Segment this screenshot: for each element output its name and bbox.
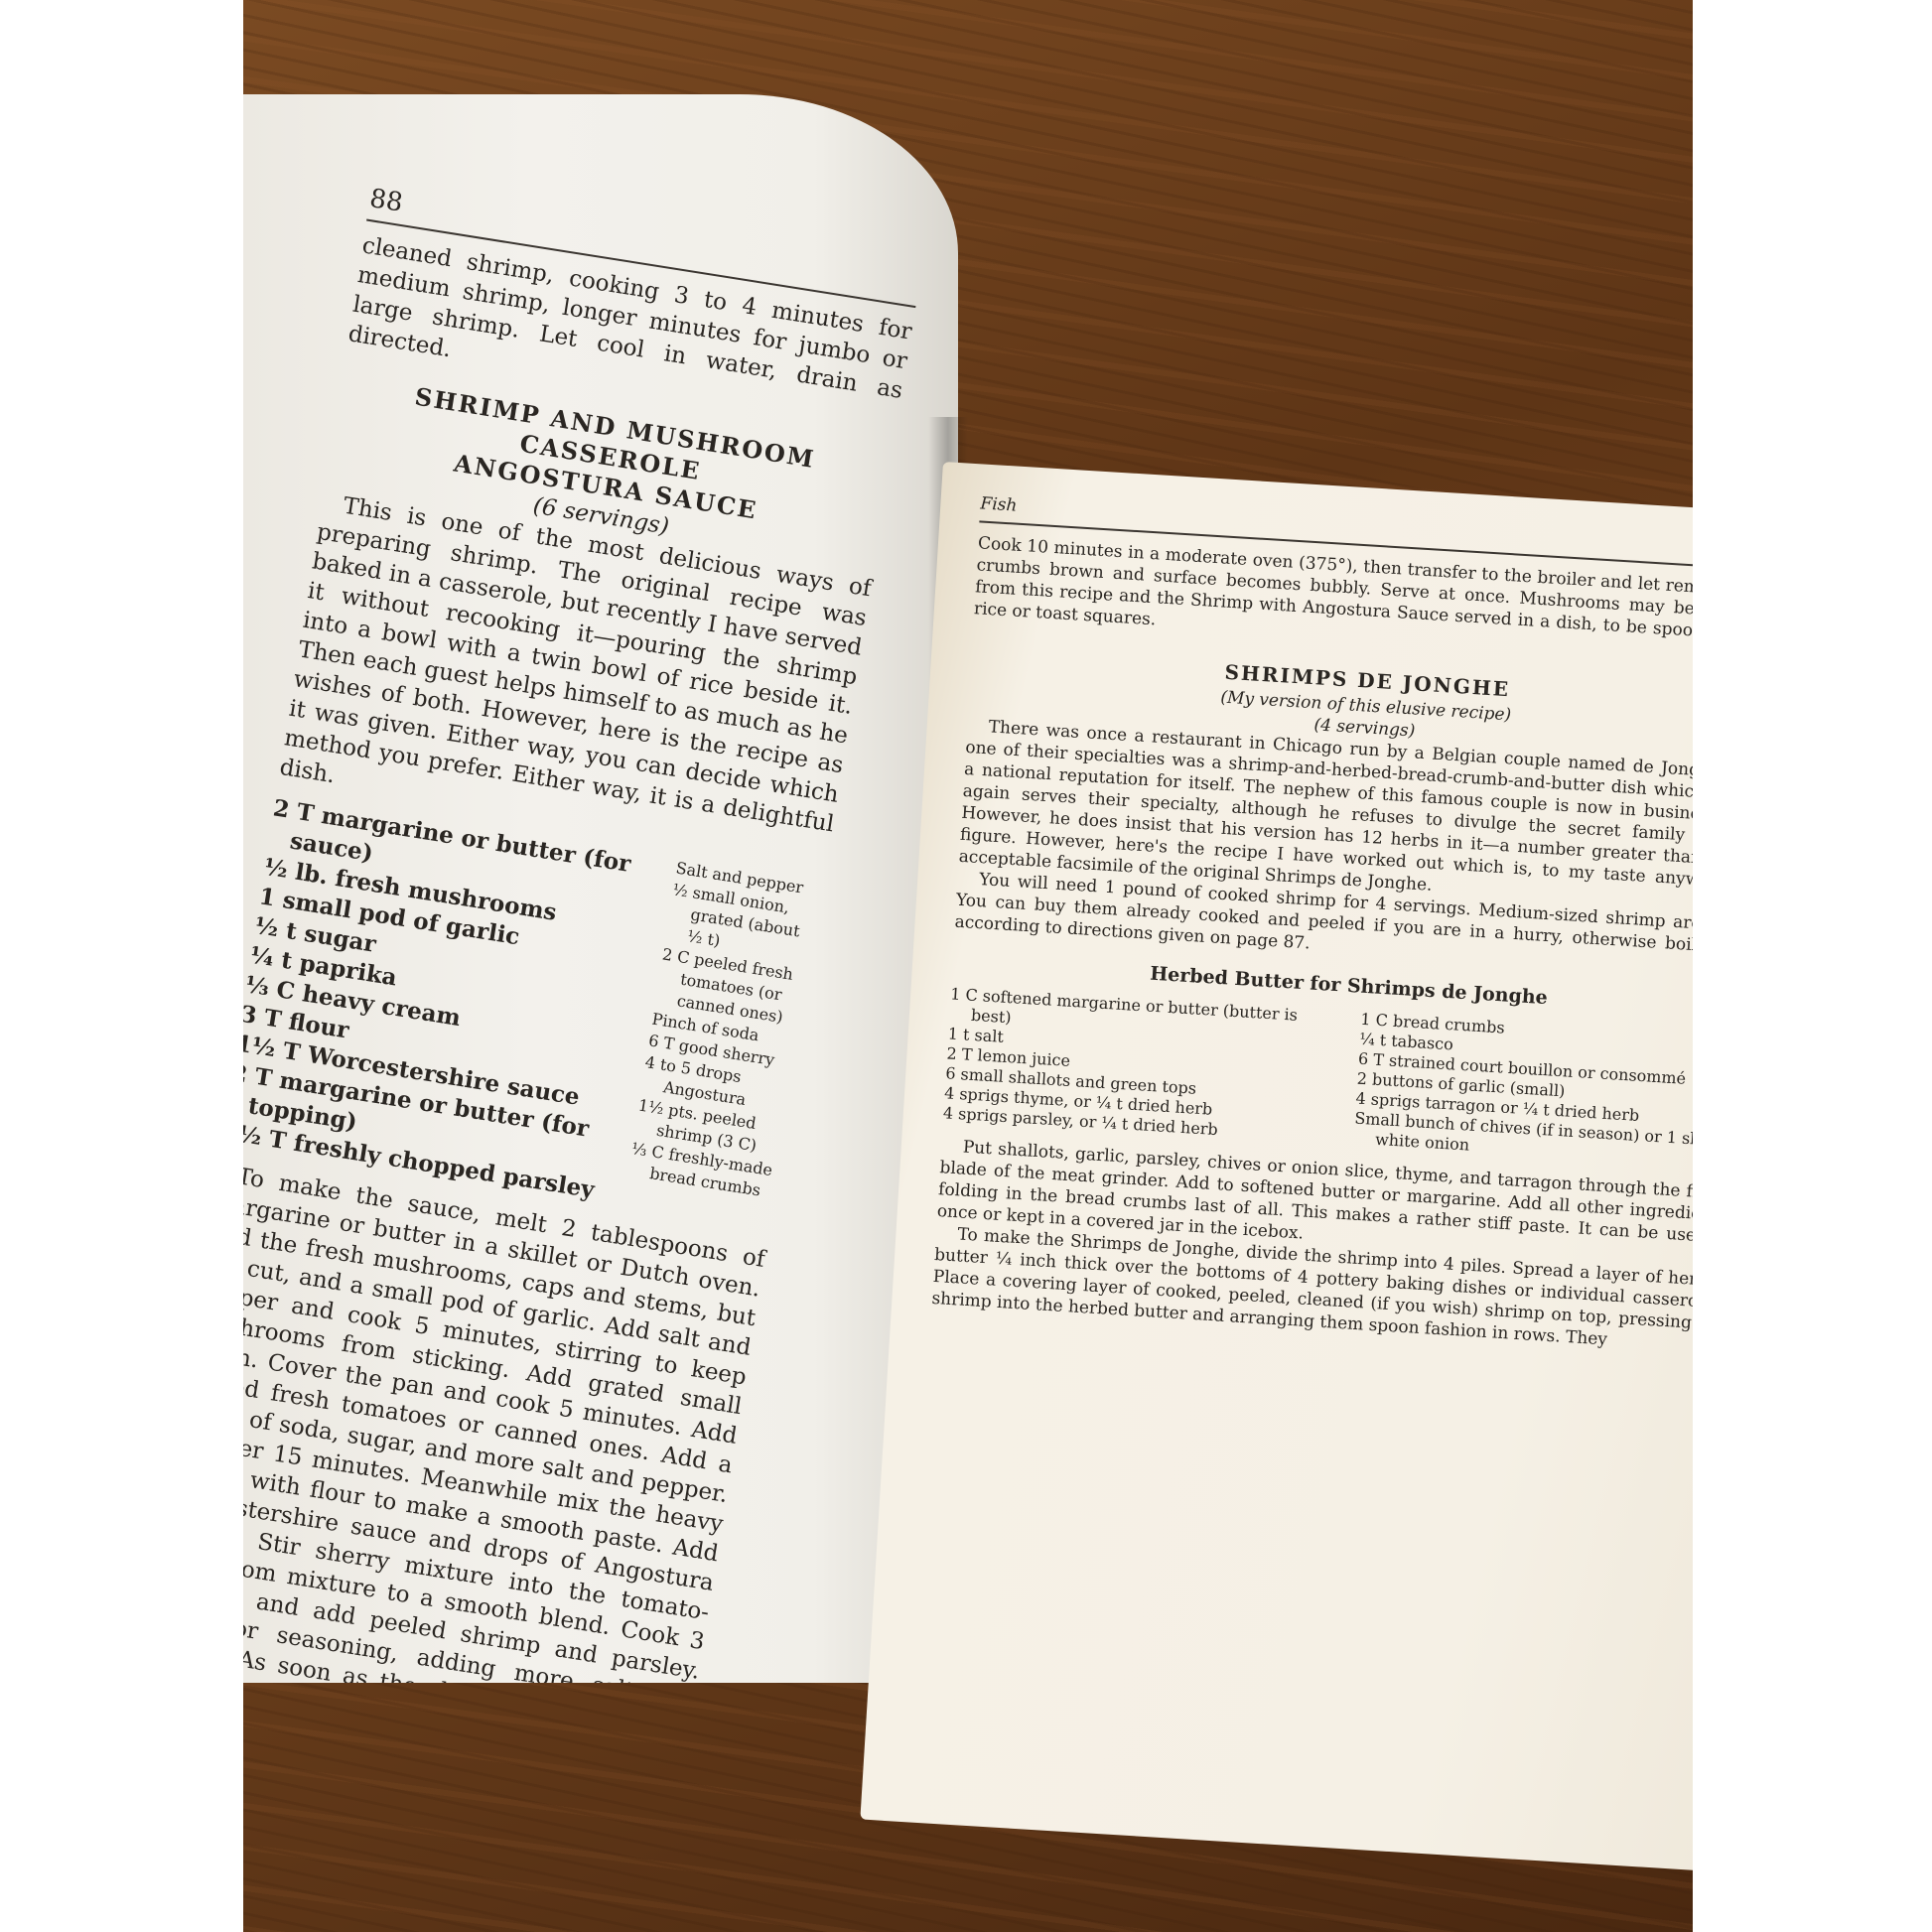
recipe-method: To make the sauce, melt 2 tablespoons of…: [243, 1159, 767, 1683]
right-page-content: Fish 89 Cook 10 minutes in a moderate ov…: [931, 489, 1693, 1357]
running-head-title: Fish: [980, 492, 1018, 516]
left-page-content: 88 cleaned shrimp, cooking 3 to 4 minute…: [243, 184, 921, 1683]
ingredient-column-left: 2 T margarine or butter (for sauce) ½ lb…: [243, 793, 650, 1205]
left-page: 88 cleaned shrimp, cooking 3 to 4 minute…: [243, 94, 958, 1683]
ingredient-column-right: 1 C bread crumbs ¼ t tabasco 6 T straine…: [1353, 1010, 1693, 1172]
right-page: Fish 89 Cook 10 minutes in a moderate ov…: [860, 462, 1693, 1873]
ingredient-column-right: Salt and pepper ½ small onion, grated (a…: [621, 857, 824, 1233]
ingredient-list: 2 T margarine or butter (for sauce) ½ lb…: [243, 793, 825, 1233]
photo-frame: 88 cleaned shrimp, cooking 3 to 4 minute…: [243, 0, 1693, 1932]
ingredient-column-left: 1 C softened margarine or butter (butter…: [942, 984, 1333, 1146]
